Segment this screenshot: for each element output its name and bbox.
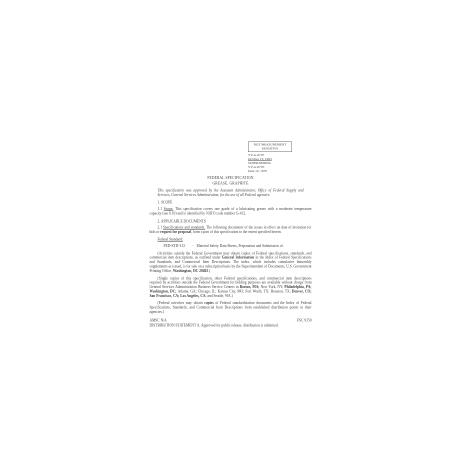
document-id-block: VV-G-671F October 13, 1993 SUPERSEDING V…: [248, 154, 312, 174]
spec-first-page: NOT MEASUREMENT SENSITIVE VV-G-671F Octo…: [150, 142, 312, 328]
distribution-statement: DISTRIBUTION STATEMENT A. Approved for p…: [150, 323, 312, 327]
section-1-heading: 1. SCOPE: [150, 201, 312, 205]
paragraph-1-1-scope: 1.1 Scope. This specification covers one…: [150, 207, 312, 216]
footer-codes-row: AMSC N/A FSC 9150: [150, 318, 312, 322]
paragraph-2-1-specs-standards: 2.1 Specifications and standards. The fo…: [150, 226, 312, 235]
note-activities-outside-government: (Activities outside the Federal Governme…: [150, 251, 312, 273]
federal-standard-code: FED-STD-313: [164, 244, 190, 248]
note-single-copies-availability: (Single copies of this specification, ot…: [150, 276, 312, 298]
stamp-line-2: SENSITIVE: [249, 147, 292, 151]
federal-standard-label: Federal Standard:: [150, 238, 312, 242]
section-2-heading: 2. APPLICABLE DOCUMENTS: [150, 219, 312, 223]
federal-standard-dash: -: [190, 244, 197, 248]
note-federal-activities: (Federal activities may obtain copies of…: [150, 301, 312, 314]
federal-standard-entry: FED-STD-313 - Material Safety Data Sheet…: [150, 244, 312, 248]
federal-standard-title: Material Safety Data Sheets, Preparation…: [197, 244, 312, 248]
fsc-code: FSC 9150: [297, 318, 311, 322]
amsc-code: AMSC N/A: [150, 318, 167, 322]
doc-title: GREASE, GRAPHITE: [150, 182, 312, 186]
measurement-sensitivity-stamp: NOT MEASUREMENT SENSITIVE: [248, 142, 292, 153]
doc-type-heading: FEDERAL SPECIFICATION: [150, 176, 312, 180]
superseded-spec-date: June 12, 1970: [248, 170, 312, 174]
document-page: NOT MEASUREMENT SENSITIVE VV-G-671F Octo…: [0, 0, 458, 458]
approval-note: This specification was approved by the A…: [158, 188, 304, 197]
